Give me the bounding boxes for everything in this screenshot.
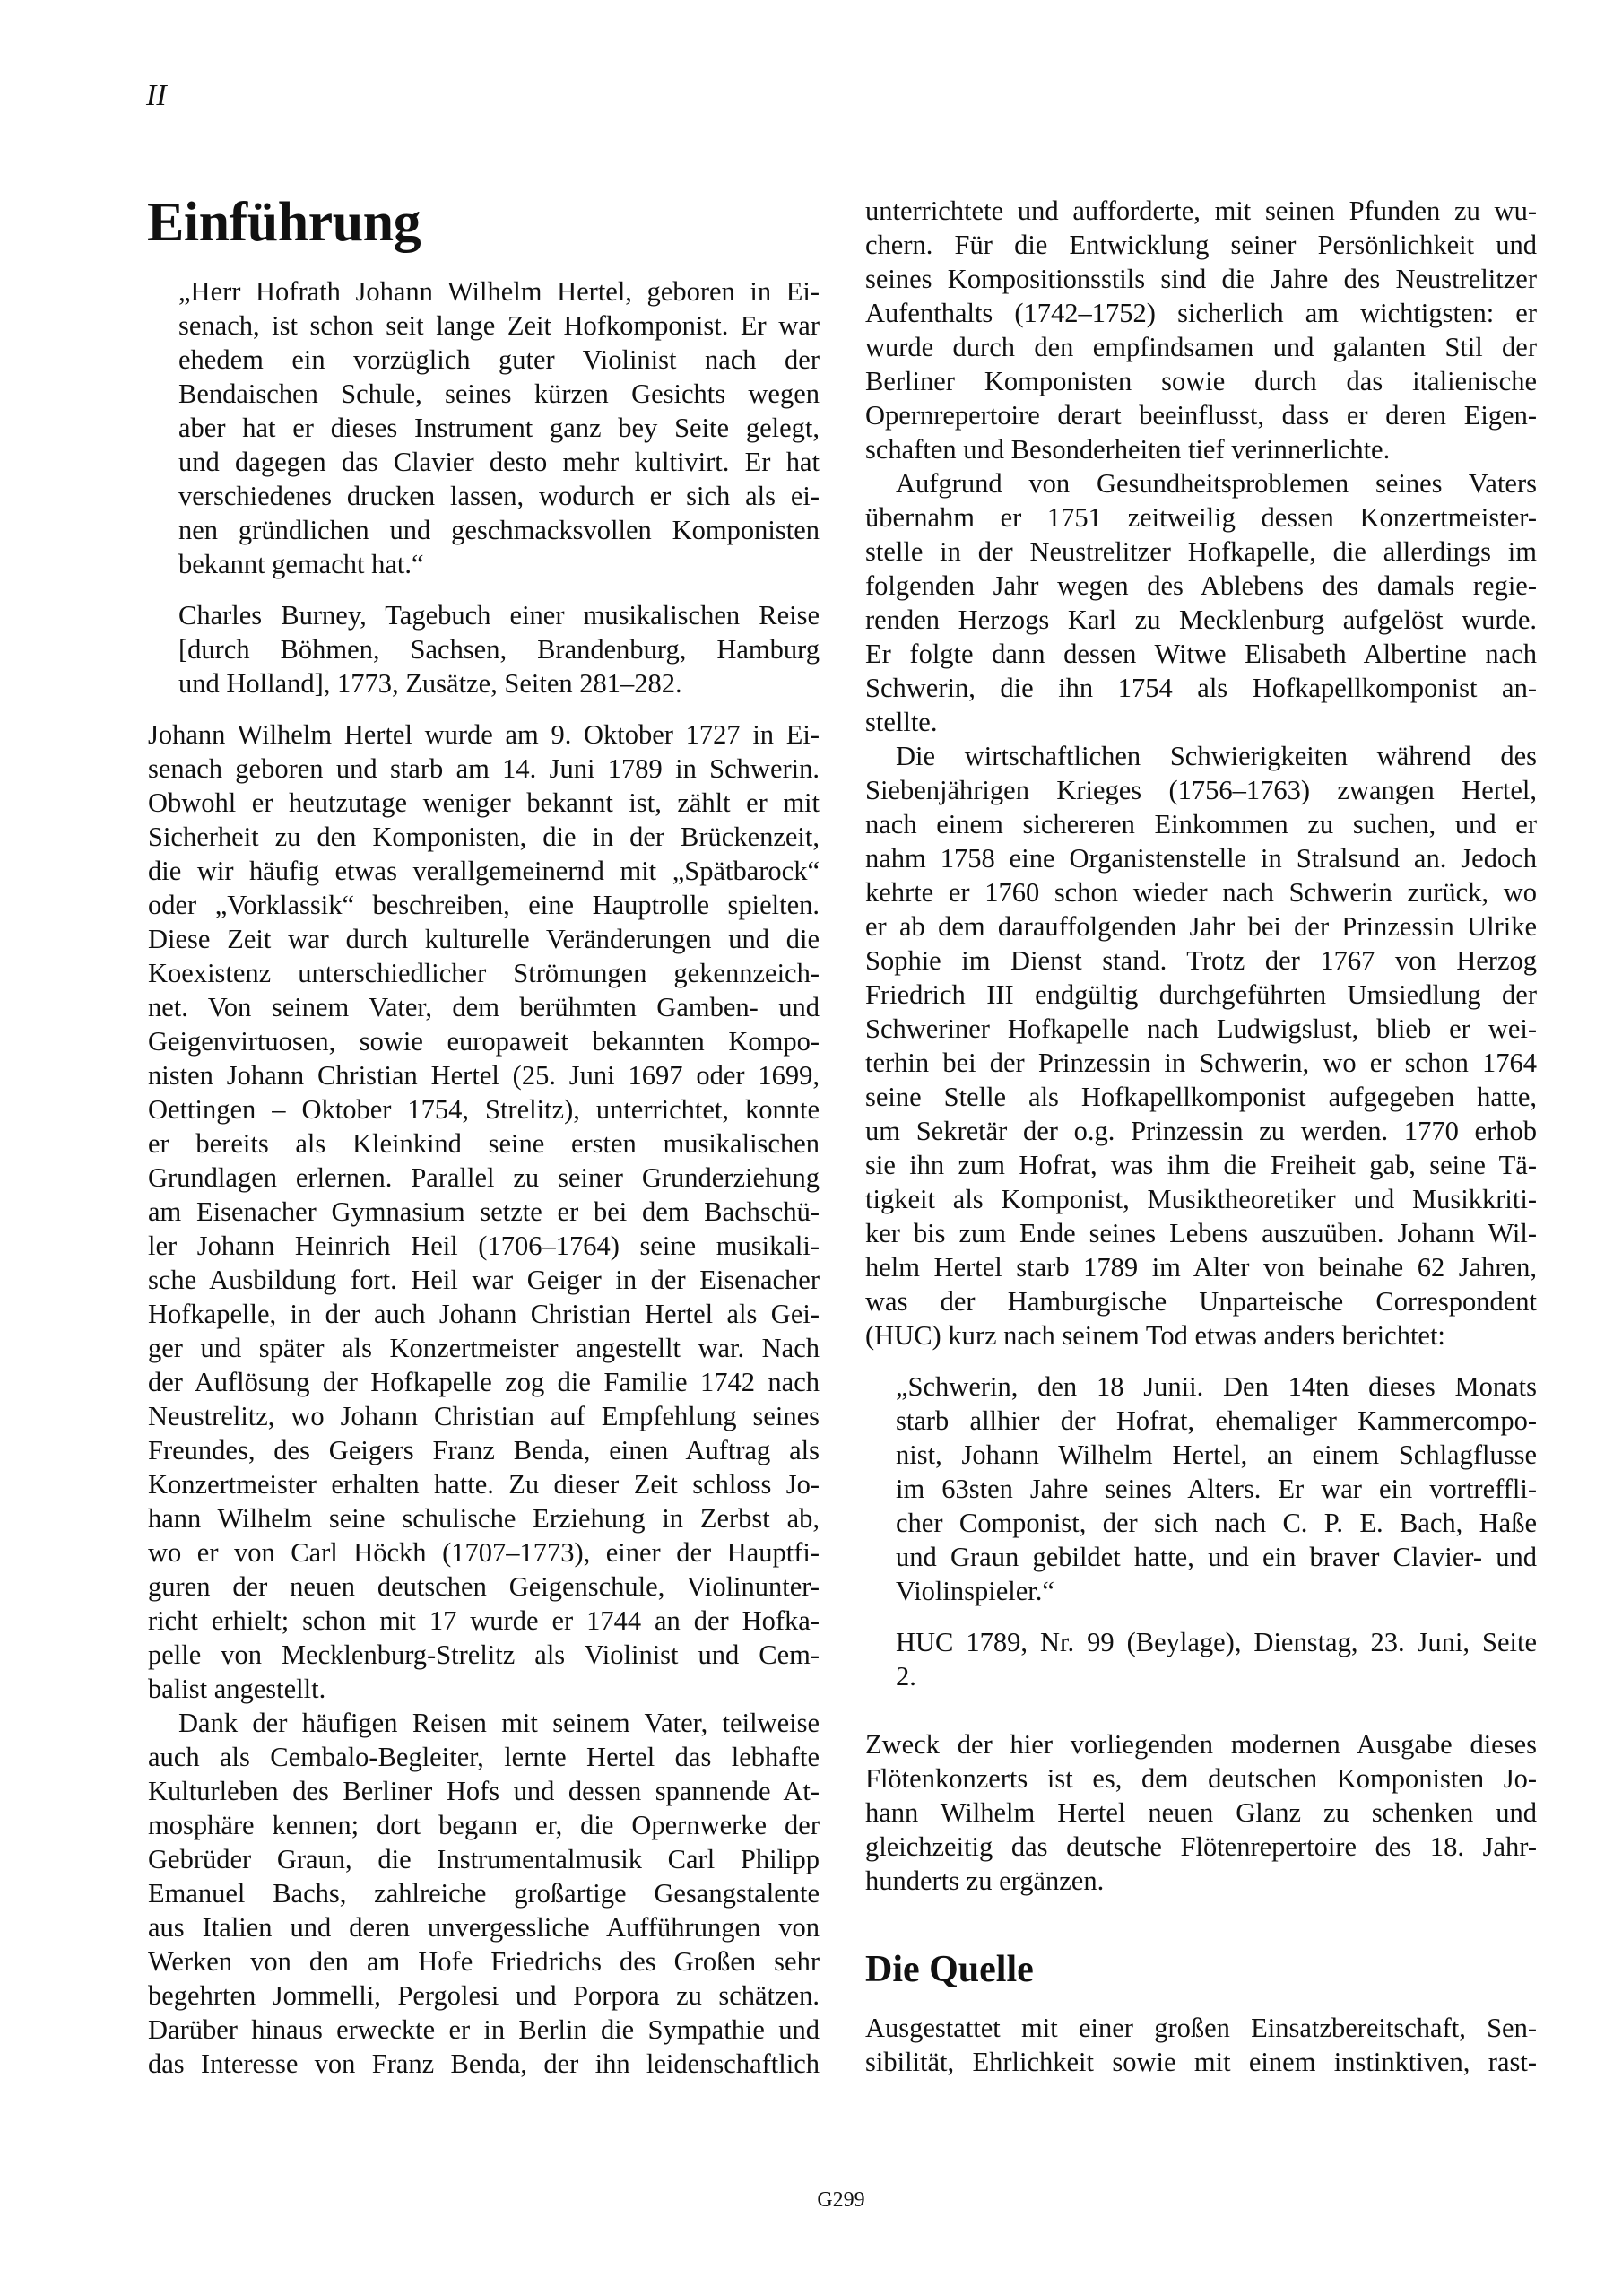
text-line: ehedem ein vorzüglich guter Violinist na… bbox=[178, 343, 820, 377]
text-line: Grundlagen erlernen. Parallel zu seiner … bbox=[148, 1161, 820, 1195]
text-line: Diese Zeit war durch kulturelle Veränder… bbox=[148, 922, 820, 956]
text-line: aber hat er dieses Instrument ganz bey S… bbox=[178, 411, 820, 445]
text-line: die wir häufig etwas verallgemeinernd mi… bbox=[148, 854, 820, 888]
text-line: Zweck der hier vorliegenden modernen Aus… bbox=[865, 1727, 1537, 1761]
text-line: er bereits als Kleinkind seine ersten mu… bbox=[148, 1126, 820, 1161]
text-line: hann Wilhelm seine schulische Erziehung … bbox=[148, 1501, 820, 1535]
text-line: net. Von seinem Vater, dem berühmten Gam… bbox=[148, 990, 820, 1024]
text-line: verschiedenes drucken lassen, wodurch er… bbox=[178, 479, 820, 513]
text-line: auch als Cembalo-Begleiter, lernte Herte… bbox=[148, 1740, 820, 1774]
obituary-quote: „Schwerin, den 18 Junii. Den 14ten diese… bbox=[865, 1370, 1537, 1608]
paragraph: unterrichtete und aufforderte, mit seine… bbox=[865, 194, 1537, 466]
text-line: Schwerin, die ihn 1754 als Hofkapellkomp… bbox=[865, 671, 1537, 705]
text-line: Siebenjährigen Krieges (1756–1763) zwang… bbox=[865, 773, 1537, 807]
paragraph: Die wirtschaftlichen Schwierigkeiten wäh… bbox=[865, 739, 1537, 1352]
epigraph-quote: „Herr Hofrath Johann Wilhelm Hertel, geb… bbox=[148, 274, 820, 581]
text-line: Gebrüder Graun, die Instrumentalmusik Ca… bbox=[148, 1842, 820, 1876]
text-line: aus Italien und deren unvergessliche Auf… bbox=[148, 1910, 820, 1944]
text-line: Konzertmeister erhalten hatte. Zu dieser… bbox=[148, 1467, 820, 1501]
page-title: Einführung bbox=[147, 190, 421, 255]
text-line: ker bis zum Ende seines Lebens auszuüben… bbox=[865, 1216, 1537, 1250]
left-column: „Herr Hofrath Johann Wilhelm Hertel, geb… bbox=[148, 274, 820, 2081]
text-line: bekannt gemacht hat.“ bbox=[178, 547, 820, 581]
text-line: Sicherheit zu den Komponisten, die in de… bbox=[148, 820, 820, 854]
text-line: stelle in der Neustrelitzer Hofkapelle, … bbox=[865, 535, 1537, 569]
right-column: unterrichtete und aufforderte, mit seine… bbox=[865, 194, 1537, 2079]
obituary-source: HUC 1789, Nr. 99 (Beylage), Dienstag, 23… bbox=[865, 1625, 1537, 1693]
text-line: Hofkapelle, in der auch Johann Christian… bbox=[148, 1297, 820, 1331]
text-line: begehrten Jommelli, Pergolesi und Porpor… bbox=[148, 1979, 820, 2013]
text-line: Die wirtschaftlichen Schwierigkeiten wäh… bbox=[865, 739, 1537, 773]
text-line: seines Kompositionsstils sind die Jahre … bbox=[865, 262, 1537, 296]
text-line: wurde durch den empfindsamen und galante… bbox=[865, 330, 1537, 364]
page-marker: II bbox=[146, 79, 167, 113]
page-number: G299 bbox=[0, 2185, 1622, 2215]
text-line: Oettingen – Oktober 1754, Strelitz), unt… bbox=[148, 1092, 820, 1126]
text-line: und Graun gebildet hatte, und ein braver… bbox=[896, 1540, 1537, 1574]
text-line: mosphäre kennen; dort begann er, die Ope… bbox=[148, 1808, 820, 1842]
text-line: (HUC) kurz nach seinem Tod etwas anders … bbox=[865, 1318, 1537, 1352]
text-line: schaften und Besonderheiten tief verinne… bbox=[865, 432, 1537, 466]
text-line: HUC 1789, Nr. 99 (Beylage), Dienstag, 23… bbox=[896, 1625, 1537, 1659]
text-line: sie ihn zum Hofrat, was ihm die Freiheit… bbox=[865, 1148, 1537, 1182]
text-line: Johann Wilhelm Hertel wurde am 9. Oktobe… bbox=[148, 717, 820, 752]
text-line: am Eisenacher Gymnasium setzte er bei de… bbox=[148, 1195, 820, 1229]
text-line: folgenden Jahr wegen des Ablebens des da… bbox=[865, 569, 1537, 603]
text-line: Freundes, des Geigers Franz Benda, einen… bbox=[148, 1433, 820, 1467]
text-line: Flötenkonzerts ist es, dem deutschen Kom… bbox=[865, 1761, 1537, 1796]
text-line: unterrichtete und aufforderte, mit seine… bbox=[865, 194, 1537, 228]
text-line: terhin bei der Prinzessin in Schwerin, w… bbox=[865, 1046, 1537, 1080]
paragraph: Dank der häufigen Reisen mit seinem Vate… bbox=[148, 1706, 820, 2081]
text-line: Aufgrund von Gesundheitsproblemen seines… bbox=[865, 466, 1537, 500]
paragraph: Zweck der hier vorliegenden modernen Aus… bbox=[865, 1727, 1537, 1898]
text-line: was der Hamburgische Unparteische Corres… bbox=[865, 1284, 1537, 1318]
text-line: guren der neuen deutschen Geigenschule, … bbox=[148, 1570, 820, 1604]
text-line: chern. Für die Entwicklung seiner Persön… bbox=[865, 228, 1537, 262]
text-line: Werken von den am Hofe Friedrichs des Gr… bbox=[148, 1944, 820, 1979]
text-line: cher Componist, der sich nach C. P. E. B… bbox=[896, 1506, 1537, 1540]
text-line: und dagegen das Clavier desto mehr kulti… bbox=[178, 445, 820, 479]
text-line: nist, Johann Wilhelm Hertel, an einem Sc… bbox=[896, 1438, 1537, 1472]
section-heading: Die Quelle bbox=[865, 1946, 1537, 1993]
text-line: oder „Vorklassik“ beschreiben, eine Haup… bbox=[148, 888, 820, 922]
text-line: starb allhier der Hofrat, ehemaliger Kam… bbox=[896, 1404, 1537, 1438]
text-line: wo er von Carl Höckh (1707–1773), einer … bbox=[148, 1535, 820, 1570]
text-line: Er folgte dann dessen Witwe Elisabeth Al… bbox=[865, 637, 1537, 671]
text-line: er ab dem darauffolgenden Jahr bei der P… bbox=[865, 909, 1537, 944]
paragraph: Johann Wilhelm Hertel wurde am 9. Oktobe… bbox=[148, 717, 820, 1706]
text-line: „Herr Hofrath Johann Wilhelm Hertel, geb… bbox=[178, 274, 820, 309]
text-line: richt erhielt; schon mit 17 wurde er 174… bbox=[148, 1604, 820, 1638]
text-line: ler Johann Heinrich Heil (1706–1764) sei… bbox=[148, 1229, 820, 1263]
text-line: nisten Johann Christian Hertel (25. Juni… bbox=[148, 1058, 820, 1092]
paragraph: Aufgrund von Gesundheitsproblemen seines… bbox=[865, 466, 1537, 739]
text-line: Bendaischen Schule, seines kürzen Gesich… bbox=[178, 377, 820, 411]
text-line: um Sekretär der o.g. Prinzessin zu werde… bbox=[865, 1114, 1537, 1148]
text-line: der Auflösung der Hofkapelle zog die Fam… bbox=[148, 1365, 820, 1399]
text-line: und Holland], 1773, Zusätze, Seiten 281–… bbox=[178, 666, 820, 700]
text-line: Kulturleben des Berliner Hofs und dessen… bbox=[148, 1774, 820, 1808]
text-line: Berliner Komponisten sowie durch das ita… bbox=[865, 364, 1537, 398]
text-line: Sophie im Dienst stand. Trotz der 1767 v… bbox=[865, 944, 1537, 978]
text-line: hunderts zu ergänzen. bbox=[865, 1864, 1537, 1898]
text-line: Opernrepertoire derart beeinflusst, dass… bbox=[865, 398, 1537, 432]
text-line: „Schwerin, den 18 Junii. Den 14ten diese… bbox=[896, 1370, 1537, 1404]
text-line: [durch Böhmen, Sachsen, Brandenburg, Ham… bbox=[178, 632, 820, 666]
text-line: gleichzeitig das deutsche Flötenrepertoi… bbox=[865, 1830, 1537, 1864]
text-line: das Interesse von Franz Benda, der ihn l… bbox=[148, 2047, 820, 2081]
text-line: Dank der häufigen Reisen mit seinem Vate… bbox=[148, 1706, 820, 1740]
text-line: senach geboren und starb am 14. Juni 178… bbox=[148, 752, 820, 786]
text-line: Koexistenz unterschiedlicher Strömungen … bbox=[148, 956, 820, 990]
text-line: renden Herzogs Karl zu Mecklenburg aufge… bbox=[865, 603, 1537, 637]
text-line: hann Wilhelm Hertel neuen Glanz zu schen… bbox=[865, 1796, 1537, 1830]
text-line: Violinspieler.“ bbox=[896, 1574, 1537, 1608]
text-line: im 63sten Jahre seines Alters. Er war ei… bbox=[896, 1472, 1537, 1506]
text-line: Neustrelitz, wo Johann Christian auf Emp… bbox=[148, 1399, 820, 1433]
text-line: Schweriner Hofkapelle nach Ludwigslust, … bbox=[865, 1012, 1537, 1046]
text-line: senach, ist schon seit lange Zeit Hofkom… bbox=[178, 309, 820, 343]
text-line: seine Stelle als Hofkapellkomponist aufg… bbox=[865, 1080, 1537, 1114]
text-line: Friedrich III endgültig durchgeführten U… bbox=[865, 978, 1537, 1012]
text-line: sibilität, Ehrlichkeit sowie mit einem i… bbox=[865, 2045, 1537, 2079]
text-line: Emanuel Bachs, zahlreiche großartige Ges… bbox=[148, 1876, 820, 1910]
text-line: Darüber hinaus erweckte er in Berlin die… bbox=[148, 2013, 820, 2047]
text-line: stellte. bbox=[865, 705, 1537, 739]
text-line: nahm 1758 eine Organistenstelle in Stral… bbox=[865, 841, 1537, 875]
text-line: 2. bbox=[896, 1659, 1537, 1693]
text-line: übernahm er 1751 zeitweilig dessen Konze… bbox=[865, 500, 1537, 535]
text-line: Geigenvirtuosen, sowie europaweit bekann… bbox=[148, 1024, 820, 1058]
text-line: Charles Burney, Tagebuch einer musikalis… bbox=[178, 598, 820, 632]
text-line: ger und später als Konzertmeister angest… bbox=[148, 1331, 820, 1365]
text-line: nach einem sichereren Einkommen zu suche… bbox=[865, 807, 1537, 841]
text-line: Obwohl er heutzutage weniger bekannt ist… bbox=[148, 786, 820, 820]
text-line: nen gründlichen und geschmacksvollen Kom… bbox=[178, 513, 820, 547]
text-line: tigkeit als Komponist, Musiktheoretiker … bbox=[865, 1182, 1537, 1216]
text-line: pelle von Mecklenburg-Strelitz als Violi… bbox=[148, 1638, 820, 1672]
paragraph: Ausgestattet mit einer großen Einsatzber… bbox=[865, 2011, 1537, 2079]
text-line: kehrte er 1760 schon wieder nach Schweri… bbox=[865, 875, 1537, 909]
text-line: sche Ausbildung fort. Heil war Geiger in… bbox=[148, 1263, 820, 1297]
text-line: helm Hertel starb 1789 im Alter von bein… bbox=[865, 1250, 1537, 1284]
text-line: Ausgestattet mit einer großen Einsatzber… bbox=[865, 2011, 1537, 2045]
text-line: Aufenthalts (1742–1752) sicherlich am wi… bbox=[865, 296, 1537, 330]
epigraph-source: Charles Burney, Tagebuch einer musikalis… bbox=[148, 598, 820, 700]
text-line: balist angestellt. bbox=[148, 1672, 820, 1706]
